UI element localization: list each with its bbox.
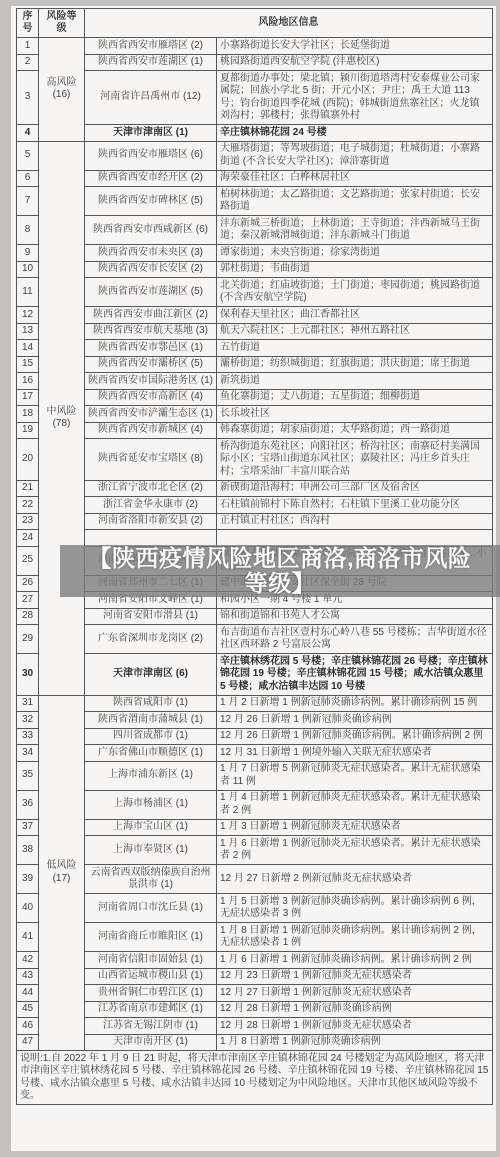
row-index: 13 <box>17 323 39 340</box>
row-info: 锦和街道锦和书苑人才公寓 <box>217 608 493 625</box>
row-index: 21 <box>17 480 39 497</box>
table-row: 24 <box>17 530 493 547</box>
row-index: 17 <box>17 389 39 406</box>
row-info: 沣东新城三桥街道；上林街道；王寺街道；沣西新城马王街道；秦汉新城渭城街道；沣东新… <box>217 216 493 245</box>
row-index: 45 <box>17 1001 39 1018</box>
table-row: 16陕西省西安市国际港务区 (1)新筑街道 <box>17 373 493 390</box>
row-location: 陕西省延安市宝塔区 (8) <box>85 439 217 481</box>
row-index: 36 <box>17 790 39 819</box>
row-location: 陕西省西安市雁塔区 (6) <box>85 141 217 170</box>
row-index: 12 <box>17 307 39 324</box>
table-row: 4天津市津南区 (1)辛庄镇林锦花园 24 号楼 <box>17 125 493 142</box>
table-row: 37上海市宝山区 (1)1 月 3 日新增 1 例新冠肺炎无症状感染者 <box>17 819 493 836</box>
table-row: 30天津市津南区 (6)辛庄镇林绣花园 5 号楼；辛庄镇林锦花园 26 号楼；辛… <box>17 654 493 696</box>
row-index: 8 <box>17 216 39 245</box>
row-info: 北关街道；红庙坡街道；土门街道；枣园街道；桃园路街道 (不含西安航空学院) <box>217 278 493 307</box>
note-text: 说明:1.自 2022 年 1 月 9 日 21 时起，将天津市津南区辛庄镇林锦… <box>17 1051 493 1105</box>
table-row: 11陕西省西安市莲湖区 (5)北关街道；红庙坡街道；土门街道；枣园街道；桃园路街… <box>17 278 493 307</box>
row-location: 河南省商丘市睢阳区 (1) <box>85 923 217 952</box>
table-row: 35上海市浦东新区 (1)1 月 7 日新增 5 例新冠肺炎无症状感染者。累计无… <box>17 761 493 790</box>
row-info: 新筑街道 <box>217 373 493 390</box>
row-location: 河南省安阳市滑县 (1) <box>85 608 217 625</box>
row-location: 浙江省金华永康市 (2) <box>85 497 217 514</box>
row-location: 天津市南开区 (1) <box>85 1034 217 1051</box>
col-header-level: 风险等级 <box>39 9 85 38</box>
header-row: 序号 风险等级 风险地区信息 <box>17 9 493 38</box>
risk-level-cell: 低风险(17) <box>39 695 85 1051</box>
table-row: 42河南省信阳市固始县 (1)1 月 6 日新增 1 例新冠肺炎确诊病例。累计确… <box>17 952 493 969</box>
table-row: 13陕西省西安市航天基地 (3)航天六院社区；上元郡社区；神州五路社区 <box>17 323 493 340</box>
row-location: 陕西省西安市国际港务区 (1) <box>85 373 217 390</box>
table-row: 29广东省深圳市龙岗区 (2)布吉街道布吉社区壹村东心岭八巷 55 号楼栋；吉华… <box>17 625 493 654</box>
row-index: 26 <box>17 575 39 592</box>
row-location: 陕西省西安市浐灞生态区 (1) <box>85 406 217 423</box>
row-index: 14 <box>17 340 39 357</box>
table-row: 1高风险(16)陕西省西安市雁塔区 (2)小寨路街道长安大学社区；长延堡街道 <box>17 38 493 55</box>
table-row: 10陕西省西安市长安区 (2)郭杜街道；韦曲街道 <box>17 261 493 278</box>
row-info: 1 月 3 日新增 1 例新冠肺炎无症状感染者 <box>217 819 493 836</box>
row-info: 鱼化寨街道；丈八街道；五星街道；细柳街道 <box>217 389 493 406</box>
row-location: 四川省成都市 (1) <box>85 728 217 745</box>
risk-level-label: 低风险 <box>42 860 81 873</box>
row-index: 27 <box>17 592 39 609</box>
row-info: 桥沟街道东苑社区；向阳社区；桥沟社区；南寨砭村美满国际小区；宝塔山街道东风社区；… <box>217 439 493 481</box>
row-info: 1 月 5 日新增 3 例新冠肺炎确诊病例。累计确诊病例 6 例，无症状感染者 … <box>217 894 493 923</box>
risk-level-label: 中风险 <box>42 406 81 419</box>
row-index: 39 <box>17 865 39 894</box>
row-index: 33 <box>17 728 39 745</box>
row-location: 陕西省西安市碑林区 (5) <box>85 187 217 216</box>
row-location: 江苏省无锡江阴市 (1) <box>85 1018 217 1035</box>
row-location: 山西省运城市稷山县 (1) <box>85 968 217 985</box>
row-info: 12 月 28 日新增 1 例新冠肺炎确诊病例 <box>217 1001 493 1018</box>
row-info: 夏都街道办事处；梁北镇；颍川街道塔湾村安泰煤业公司家属院；回族小学北 5 街；开… <box>217 71 493 125</box>
row-info: 石柱镇前锦村下陈自然村；石柱镇下里溪工业功能分区 <box>217 497 493 514</box>
row-location: 陕西省西安市雁塔区 (2) <box>85 38 217 55</box>
row-index: 4 <box>17 125 39 142</box>
risk-level-count: (17) <box>42 873 81 886</box>
table-row: 41河南省商丘市睢阳区 (1)1 月 8 日新增 1 例新冠肺炎确诊病例。累计确… <box>17 923 493 952</box>
table-body: 1高风险(16)陕西省西安市雁塔区 (2)小寨路街道长安大学社区；长延堡街道2陕… <box>17 38 493 1051</box>
risk-level-label: 高风险 <box>42 77 81 90</box>
row-index: 5 <box>17 141 39 170</box>
row-info: 1 月 8 日新增 1 例新冠肺炎确诊病例 <box>217 1034 493 1051</box>
row-info: 12 月 31 日新增 1 例境外输入关联无症状感染者 <box>217 745 493 762</box>
row-location: 广东省深圳市龙岗区 (2) <box>85 625 217 654</box>
risk-level-cell: 中风险(78) <box>39 141 85 695</box>
row-location: 陕西省西安市未央区 (3) <box>85 245 217 262</box>
table-row: 47天津市南开区 (1)1 月 8 日新增 1 例新冠肺炎确诊病例 <box>17 1034 493 1051</box>
row-location: 河南省信阳市固始县 (1) <box>85 952 217 969</box>
row-index: 10 <box>17 261 39 278</box>
col-header-info: 风险地区信息 <box>85 9 493 38</box>
row-index: 38 <box>17 836 39 865</box>
row-index: 37 <box>17 819 39 836</box>
row-index: 40 <box>17 894 39 923</box>
row-index: 6 <box>17 170 39 187</box>
table-row: 21浙江省宁波市北仑区 (2)新碶街道沿海村；申洲公司三部厂区及宿舍区 <box>17 480 493 497</box>
table-row: 38上海市奉贤区 (1)1 月 6 日新增 1 例新冠肺炎无症状感染者。累计无症… <box>17 836 493 865</box>
table-row: 34广东省佛山市顺德区 (1)12 月 31 日新增 1 例境外输入关联无症状感… <box>17 745 493 762</box>
row-location: 陕西省西安市灞桥区 (5) <box>85 356 217 373</box>
table-row: 43山西省运城市稷山县 (1)12 月 23 日新增 1 例新冠肺炎无症状感染者 <box>17 968 493 985</box>
table-row: 2陕西省西安市莲湖区 (1)桃园路街道西安航空学院 (沣惠校区) <box>17 54 493 71</box>
table-row: 44贵州省铜仁市碧江区 (1)12 月 27 日新增 1 例新冠肺炎无症状感染者 <box>17 985 493 1002</box>
row-info: 1 月 8 日新增 1 例新冠肺炎确诊病例。累计确诊病例 2 例，无症状感染者 … <box>217 923 493 952</box>
row-index: 31 <box>17 695 39 712</box>
table-row: 18陕西省西安市浐灞生态区 (1)长乐坡社区 <box>17 406 493 423</box>
table-row: 9陕西省西安市未央区 (3)谭家街道；未央宫街道；徐家湾街道 <box>17 245 493 262</box>
risk-level-cell: 高风险(16) <box>39 38 85 142</box>
row-index: 20 <box>17 439 39 481</box>
row-info: 12 月 27 日新增 1 例新冠肺炎无症状感染者 <box>217 985 493 1002</box>
table-row: 20陕西省延安市宝塔区 (8)桥沟街道东苑社区；向阳社区；桥沟社区；南寨砭村美满… <box>17 439 493 481</box>
row-info: 辛庄镇林绣花园 5 号楼；辛庄镇林锦花园 26 号楼；辛庄镇林锦花园 19 号楼… <box>217 654 493 696</box>
table-row: 28河南省安阳市滑县 (1)锦和街道锦和书苑人才公寓 <box>17 608 493 625</box>
row-location: 河南省洛阳市新安县 (2) <box>85 513 217 530</box>
row-info: 长乐坡社区 <box>217 406 493 423</box>
table-row: 45江苏省南京市建邺区 (1)12 月 28 日新增 1 例新冠肺炎确诊病例 <box>17 1001 493 1018</box>
row-location: 陕西省西安市经开区 (2) <box>85 170 217 187</box>
row-info: 布吉街道布吉社区壹村东心岭八巷 55 号楼栋；吉华街道水径社区西环路 2 号富辰… <box>217 625 493 654</box>
row-index: 23 <box>17 513 39 530</box>
row-location: 陕西省西安市高新区 (4) <box>85 389 217 406</box>
row-index: 9 <box>17 245 39 262</box>
table-row: 33四川省成都市 (1)12 月 26 日新增 1 例新冠肺炎确诊病例。累计确诊… <box>17 728 493 745</box>
row-index: 7 <box>17 187 39 216</box>
row-location: 陕西省西安市曲江新区 (2) <box>85 307 217 324</box>
row-index: 47 <box>17 1034 39 1051</box>
row-index: 32 <box>17 712 39 729</box>
row-index: 41 <box>17 923 39 952</box>
row-info: 海荣豪佳社区；白桦林居社区 <box>217 170 493 187</box>
row-location: 陕西省西安市新城区 (4) <box>85 422 217 439</box>
row-index: 25 <box>17 546 39 575</box>
row-index: 15 <box>17 356 39 373</box>
row-location: 天津市津南区 (1) <box>85 125 217 142</box>
row-index: 11 <box>17 278 39 307</box>
row-index: 34 <box>17 745 39 762</box>
row-index: 2 <box>17 54 39 71</box>
row-index: 18 <box>17 406 39 423</box>
row-info: 1 月 2 日新增 1 例新冠肺炎确诊病例。累计确诊病例 15 例 <box>217 695 493 712</box>
row-info: 航天六院社区；上元郡社区；神州五路社区 <box>217 323 493 340</box>
row-index: 42 <box>17 952 39 969</box>
row-location: 云南省西双版纳傣族自治州景洪市 (1) <box>85 865 217 894</box>
table-row: 6陕西省西安市经开区 (2)海荣豪佳社区；白桦林居社区 <box>17 170 493 187</box>
row-index: 44 <box>17 985 39 1002</box>
risk-level-count: (16) <box>42 89 81 102</box>
row-info: 谭家街道；未央宫街道；徐家湾街道 <box>217 245 493 262</box>
table-row: 46江苏省无锡江阴市 (1)12 月 28 日新增 1 例新冠肺炎无症状感染者 <box>17 1018 493 1035</box>
row-info: 1 月 7 日新增 5 例新冠肺炎无症状感染者。累计无症状感染者 11 例 <box>217 761 493 790</box>
watermark-line2: 等级】 <box>245 571 316 596</box>
row-index: 22 <box>17 497 39 514</box>
row-index: 29 <box>17 625 39 654</box>
row-location: 上海市浦东新区 (1) <box>85 761 217 790</box>
row-index: 19 <box>17 422 39 439</box>
watermark-line1: 【陕西疫情风险地区商洛,商洛市风险 <box>89 546 472 571</box>
row-location: 陕西省西安市长安区 (2) <box>85 261 217 278</box>
row-info: 12 月 28 日新增 1 例新冠肺炎无症状感染者 <box>217 1018 493 1035</box>
row-location: 河南省周口市沈丘县 (1) <box>85 894 217 923</box>
watermark-overlay: 【陕西疫情风险地区商洛,商洛市风险 等级】 <box>60 545 500 597</box>
row-location: 河南省许昌禹州市 (12) <box>85 71 217 125</box>
row-info: 保利春天里社区；曲江香都社区 <box>217 307 493 324</box>
table-row: 19陕西省西安市新城区 (4)韩森寨街道；胡家庙街道；太华路街道；西一路街道 <box>17 422 493 439</box>
row-info: 辛庄镇林锦花园 24 号楼 <box>217 125 493 142</box>
col-header-index: 序号 <box>17 9 39 38</box>
table-row: 12陕西省西安市曲江新区 (2)保利春天里社区；曲江香都社区 <box>17 307 493 324</box>
row-info: 韩森寨街道；胡家庙街道；太华路街道；西一路街道 <box>217 422 493 439</box>
row-info: 1 月 6 日新增 1 例新冠肺炎确诊病例。累计确诊病例 2 例 <box>217 952 493 969</box>
row-info: 12 月 26 日新增 1 例新冠肺炎确诊病例。累计确诊病例 2 例 <box>217 728 493 745</box>
row-index: 46 <box>17 1018 39 1035</box>
table-row: 40河南省周口市沈丘县 (1)1 月 5 日新增 3 例新冠肺炎确诊病例。累计确… <box>17 894 493 923</box>
row-location: 江苏省南京市建邺区 (1) <box>85 1001 217 1018</box>
table-row: 14陕西省西安市鄠邑区 (1)五竹街道 <box>17 340 493 357</box>
table-row: 3河南省许昌禹州市 (12)夏都街道办事处；梁北镇；颍川街道塔湾村安泰煤业公司家… <box>17 71 493 125</box>
table-row: 22浙江省金华永康市 (2)石柱镇前锦村下陈自然村；石柱镇下里溪工业功能分区 <box>17 497 493 514</box>
row-index: 30 <box>17 654 39 696</box>
row-info: 12 月 26 日新增 1 例新冠肺炎确诊病例 <box>217 712 493 729</box>
row-location: 上海市奉贤区 (1) <box>85 836 217 865</box>
row-index: 1 <box>17 38 39 55</box>
row-location: 陕西省西安市西咸新区 (6) <box>85 216 217 245</box>
row-info: 大雁塔街道；等驾坡街道；电子城街道；杜城街道；小寨路街道 (不含长安大学社区)；… <box>217 141 493 170</box>
row-info <box>217 530 493 547</box>
table-row: 7陕西省西安市碑林区 (5)柏树林街道；太乙路街道；文艺路街道；张家村街道；长安… <box>17 187 493 216</box>
row-location: 贵州省铜仁市碧江区 (1) <box>85 985 217 1002</box>
row-info: 郭杜街道；韦曲街道 <box>217 261 493 278</box>
table-row: 31低风险(17)陕西省咸阳市 (1)1 月 2 日新增 1 例新冠肺炎确诊病例… <box>17 695 493 712</box>
row-location: 浙江省宁波市北仑区 (2) <box>85 480 217 497</box>
row-location: 陕西省渭南市蒲城县 (1) <box>85 712 217 729</box>
row-info: 新碶街道沿海村；申洲公司三部厂区及宿舍区 <box>217 480 493 497</box>
table-row: 5中风险(78)陕西省西安市雁塔区 (6)大雁塔街道；等驾坡街道；电子城街道；杜… <box>17 141 493 170</box>
row-location: 陕西省西安市莲湖区 (5) <box>85 278 217 307</box>
row-location: 陕西省西安市莲湖区 (1) <box>85 54 217 71</box>
row-location: 广东省佛山市顺德区 (1) <box>85 745 217 762</box>
row-index: 28 <box>17 608 39 625</box>
table-row: 39云南省西双版纳傣族自治州景洪市 (1)12 月 27 日新增 2 例新冠肺炎… <box>17 865 493 894</box>
row-location: 陕西省西安市鄠邑区 (1) <box>85 340 217 357</box>
row-info: 柏树林街道；太乙路街道；文艺路街道；张家村街道；长安路街道 <box>217 187 493 216</box>
row-location: 天津市津南区 (6) <box>85 654 217 696</box>
row-info: 五竹街道 <box>217 340 493 357</box>
row-info: 正村镇正村社区；西沟村 <box>217 513 493 530</box>
table-row: 36上海市杨浦区 (1)1 月 4 日新增 1 例新冠肺炎无症状感染者。累计无症… <box>17 790 493 819</box>
row-index: 16 <box>17 373 39 390</box>
note-row: 说明:1.自 2022 年 1 月 9 日 21 时起，将天津市津南区辛庄镇林锦… <box>17 1051 493 1105</box>
row-info: 灞桥街道；纺织城街道；红旗街道；洪庆街道；席王街道 <box>217 356 493 373</box>
row-location: 陕西省西安市航天基地 (3) <box>85 323 217 340</box>
row-info: 12 月 23 日新增 1 例新冠肺炎无症状感染者 <box>217 968 493 985</box>
row-info: 1 月 6 日新增 1 例新冠肺炎无症状感染者。累计无症状感染者 2 例 <box>217 836 493 865</box>
row-info: 12 月 27 日新增 2 例新冠肺炎无症状感染者 <box>217 865 493 894</box>
table-row: 8陕西省西安市西咸新区 (6)沣东新城三桥街道；上林街道；王寺街道；沣西新城马王… <box>17 216 493 245</box>
row-location: 上海市杨浦区 (1) <box>85 790 217 819</box>
table-row: 15陕西省西安市灞桥区 (5)灞桥街道；纺织城街道；红旗街道；洪庆街道；席王街道 <box>17 356 493 373</box>
row-info: 1 月 4 日新增 1 例新冠肺炎无症状感染者。累计无症状感染者 2 例 <box>217 790 493 819</box>
row-info: 桃园路街道西安航空学院 (沣惠校区) <box>217 54 493 71</box>
row-location: 陕西省咸阳市 (1) <box>85 695 217 712</box>
table-row: 32陕西省渭南市蒲城县 (1)12 月 26 日新增 1 例新冠肺炎确诊病例 <box>17 712 493 729</box>
row-index: 43 <box>17 968 39 985</box>
row-index: 24 <box>17 530 39 547</box>
row-info: 小寨路街道长安大学社区；长延堡街道 <box>217 38 493 55</box>
row-index: 35 <box>17 761 39 790</box>
row-index: 3 <box>17 71 39 125</box>
risk-level-count: (78) <box>42 418 81 431</box>
table-row: 17陕西省西安市高新区 (4)鱼化寨街道；丈八街道；五星街道；细柳街道 <box>17 389 493 406</box>
row-location: 上海市宝山区 (1) <box>85 819 217 836</box>
table-row: 23河南省洛阳市新安县 (2)正村镇正村社区；西沟村 <box>17 513 493 530</box>
row-location <box>85 530 217 547</box>
